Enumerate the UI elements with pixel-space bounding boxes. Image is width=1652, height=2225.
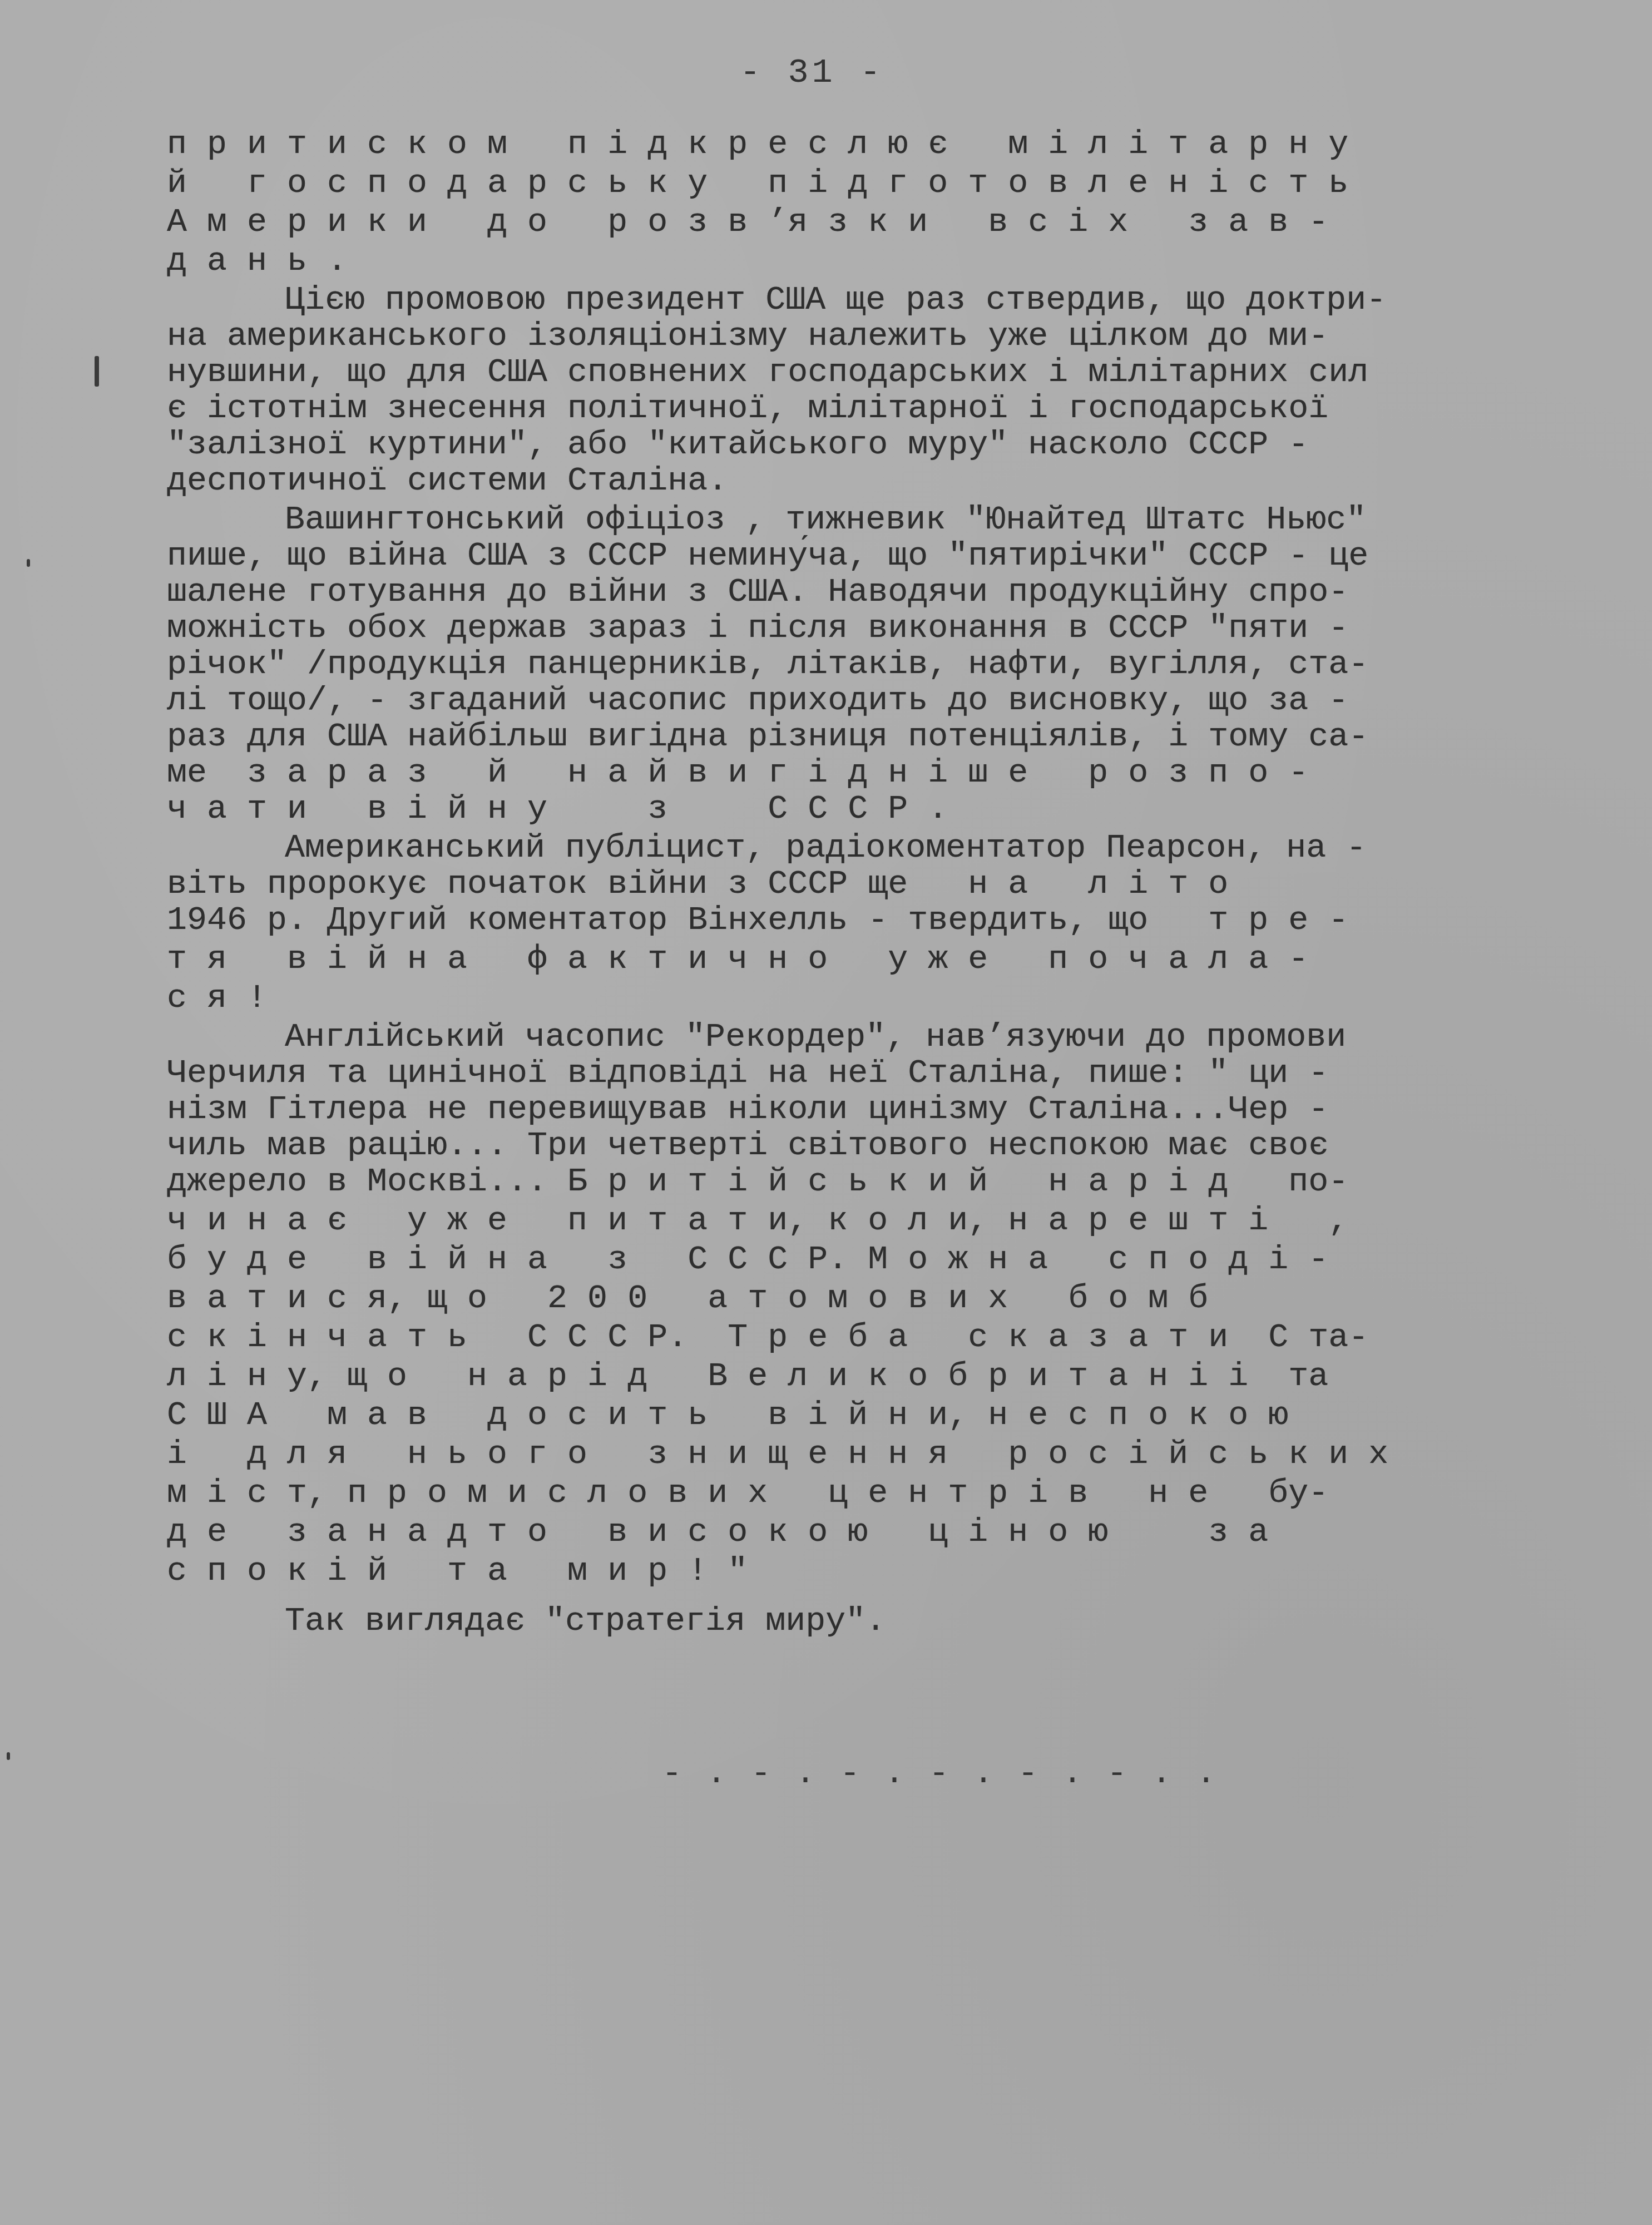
text-line: "залізної куртини", або "китайського мур…: [167, 426, 1502, 464]
text-line: раз для США найбільш вигідна різниця пот…: [167, 718, 1502, 756]
text-line: річок" /продукція панцерників, літаків, …: [167, 645, 1502, 684]
text-line: с к і н ч а т ь С С С Р. Т р е б а с к а…: [167, 1318, 1502, 1357]
text-line: нізм Гітлера не перевищував ніколи циніз…: [167, 1090, 1502, 1129]
page-number: - 31 -: [740, 53, 884, 92]
text-line: і д л я н ь о г о з н и щ е н н я р о с …: [167, 1435, 1502, 1474]
document-page: - 31 - п р и т и с к о м п і д к р е с л…: [0, 0, 1652, 2225]
text-line: ме з а р а з й н а й в и г і д н і ш е р…: [167, 754, 1502, 793]
text-line: чиль мав рацію... Три четверті світового…: [167, 1126, 1502, 1165]
text-line: 1946 р. Другий коментатор Вінхелль - тве…: [167, 901, 1502, 940]
text-line: А м е р и к и д о р о з в ’я з к и в с і…: [167, 203, 1502, 242]
text-line: Цією промовою президент США ще раз ствер…: [285, 281, 1620, 320]
text-line: Англійський часопис "Рекордер", нав’язую…: [285, 1018, 1620, 1057]
text-line: с п о к і й т а м и р ! ": [167, 1552, 1502, 1591]
text-line: Американський публіцист, радіокоментатор…: [285, 829, 1620, 868]
text-line: джерело в Москві... Б р и т і й с ь к и …: [167, 1163, 1502, 1201]
text-line: Вашингтонський офіціоз , тижневик "Юнайт…: [285, 501, 1620, 540]
text-line: можність обох держав зараз і після викон…: [167, 609, 1502, 648]
text-line: деспотичної системи Сталіна.: [167, 462, 1502, 501]
text-line: д е з а н а д т о в и с о к о ю ц і н о …: [167, 1513, 1502, 1552]
text-line: Черчиля та цинічної відповіді на неї Ста…: [167, 1054, 1502, 1093]
text-line: в а т и с я, щ о 2 0 0 а т о м о в и х б…: [167, 1279, 1502, 1318]
text-line: є істотнім знесення політичної, мілітарн…: [167, 389, 1502, 428]
text-line: й г о с п о д а р с ь к у п і д г о т о …: [167, 164, 1502, 203]
text-line: ч а т и в і й н у з С С С Р .: [167, 790, 1502, 829]
text-line: шалене готування до війни з США. Наводяч…: [167, 573, 1502, 612]
text-line: на американського ізоляціонізму належить…: [167, 317, 1502, 356]
margin-mark: [95, 356, 99, 387]
margin-mark: [27, 559, 30, 567]
text-line: б у д е в і й н а з С С С Р. М о ж н а с…: [167, 1240, 1502, 1279]
text-line: д а н ь .: [167, 242, 1502, 281]
section-separator: - . - . - . - . - . - . .: [662, 1755, 1218, 1793]
text-line: пише, що війна США з СССР немину́ча, що …: [167, 537, 1502, 576]
text-line: С Ш А м а в д о с и т ь в і й н и, н е с…: [167, 1396, 1502, 1435]
margin-mark: [7, 1752, 10, 1760]
text-line: т я в і й н а ф а к т и ч н о у ж е п о …: [167, 940, 1502, 979]
text-line: ч и н а є у ж е п и т а т и, к о л и, н …: [167, 1201, 1502, 1240]
text-line: п р и т и с к о м п і д к р е с л ю є м …: [167, 125, 1502, 164]
text-line: Так виглядає "стратегія миру".: [285, 1602, 1620, 1641]
text-line: с я !: [167, 979, 1502, 1018]
text-line: віть пророкує початок війни з СССР ще н …: [167, 865, 1502, 904]
text-line: нувшини, що для США сповнених господарсь…: [167, 353, 1502, 392]
text-line: лі тощо/, - згаданий часопис приходить д…: [167, 681, 1502, 720]
text-line: л і н у, щ о н а р і д В е л и к о б р и…: [167, 1357, 1502, 1396]
text-line: м і с т, п р о м и с л о в и х ц е н т р…: [167, 1474, 1502, 1513]
